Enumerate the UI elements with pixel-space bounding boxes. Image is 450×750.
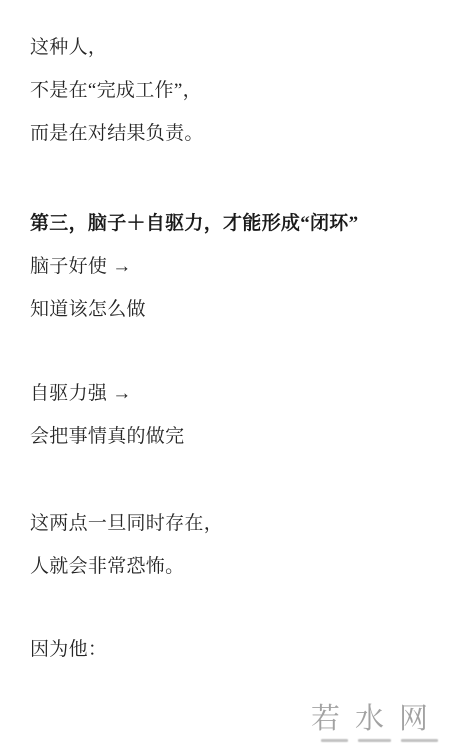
text-line: 自驱力强 →	[30, 370, 434, 413]
watermark-subtext-word	[321, 739, 348, 742]
paragraph-group: 第三，脑子＋自驱力，才能形成“闭环” 脑子好使 → 知道该怎么做	[30, 200, 434, 329]
text-line: 脑子好使 →	[30, 243, 434, 286]
post-page: 这种人， 不是在“完成工作”， 而是在对结果负责。 第三，脑子＋自驱力，才能形成…	[0, 0, 450, 750]
paragraph-spacer	[30, 586, 434, 626]
text-line: 这两点一旦同时存在，	[30, 500, 434, 543]
paragraph-spacer	[30, 329, 434, 370]
paragraph-group: 这两点一旦同时存在， 人就会非常恐怖。	[30, 500, 434, 586]
text-line: 这种人，	[30, 24, 434, 67]
watermark-subtext	[321, 739, 443, 742]
paragraph-group: 因为他：	[30, 626, 434, 669]
watermark-subtext-word	[401, 739, 438, 742]
watermark-brand-text: 若水网	[311, 701, 443, 737]
watermark-subtext-word	[358, 739, 391, 742]
watermark: 若水网	[311, 701, 443, 742]
paragraph-group: 这种人， 不是在“完成工作”， 而是在对结果负责。	[30, 24, 434, 153]
text-line: 人就会非常恐怖。	[30, 543, 434, 586]
post-content: 这种人， 不是在“完成工作”， 而是在对结果负责。 第三，脑子＋自驱力，才能形成…	[0, 0, 450, 669]
paragraph-spacer	[30, 153, 434, 200]
section-heading: 第三，脑子＋自驱力，才能形成“闭环”	[30, 200, 434, 243]
paragraph-group: 自驱力强 → 会把事情真的做完	[30, 370, 434, 456]
text-line: 不是在“完成工作”，	[30, 67, 434, 110]
paragraph-spacer	[30, 456, 434, 500]
text-line: 而是在对结果负责。	[30, 110, 434, 153]
text-line: 知道该怎么做	[30, 286, 434, 329]
text-line: 因为他：	[30, 626, 434, 669]
text-line: 会把事情真的做完	[30, 413, 434, 456]
